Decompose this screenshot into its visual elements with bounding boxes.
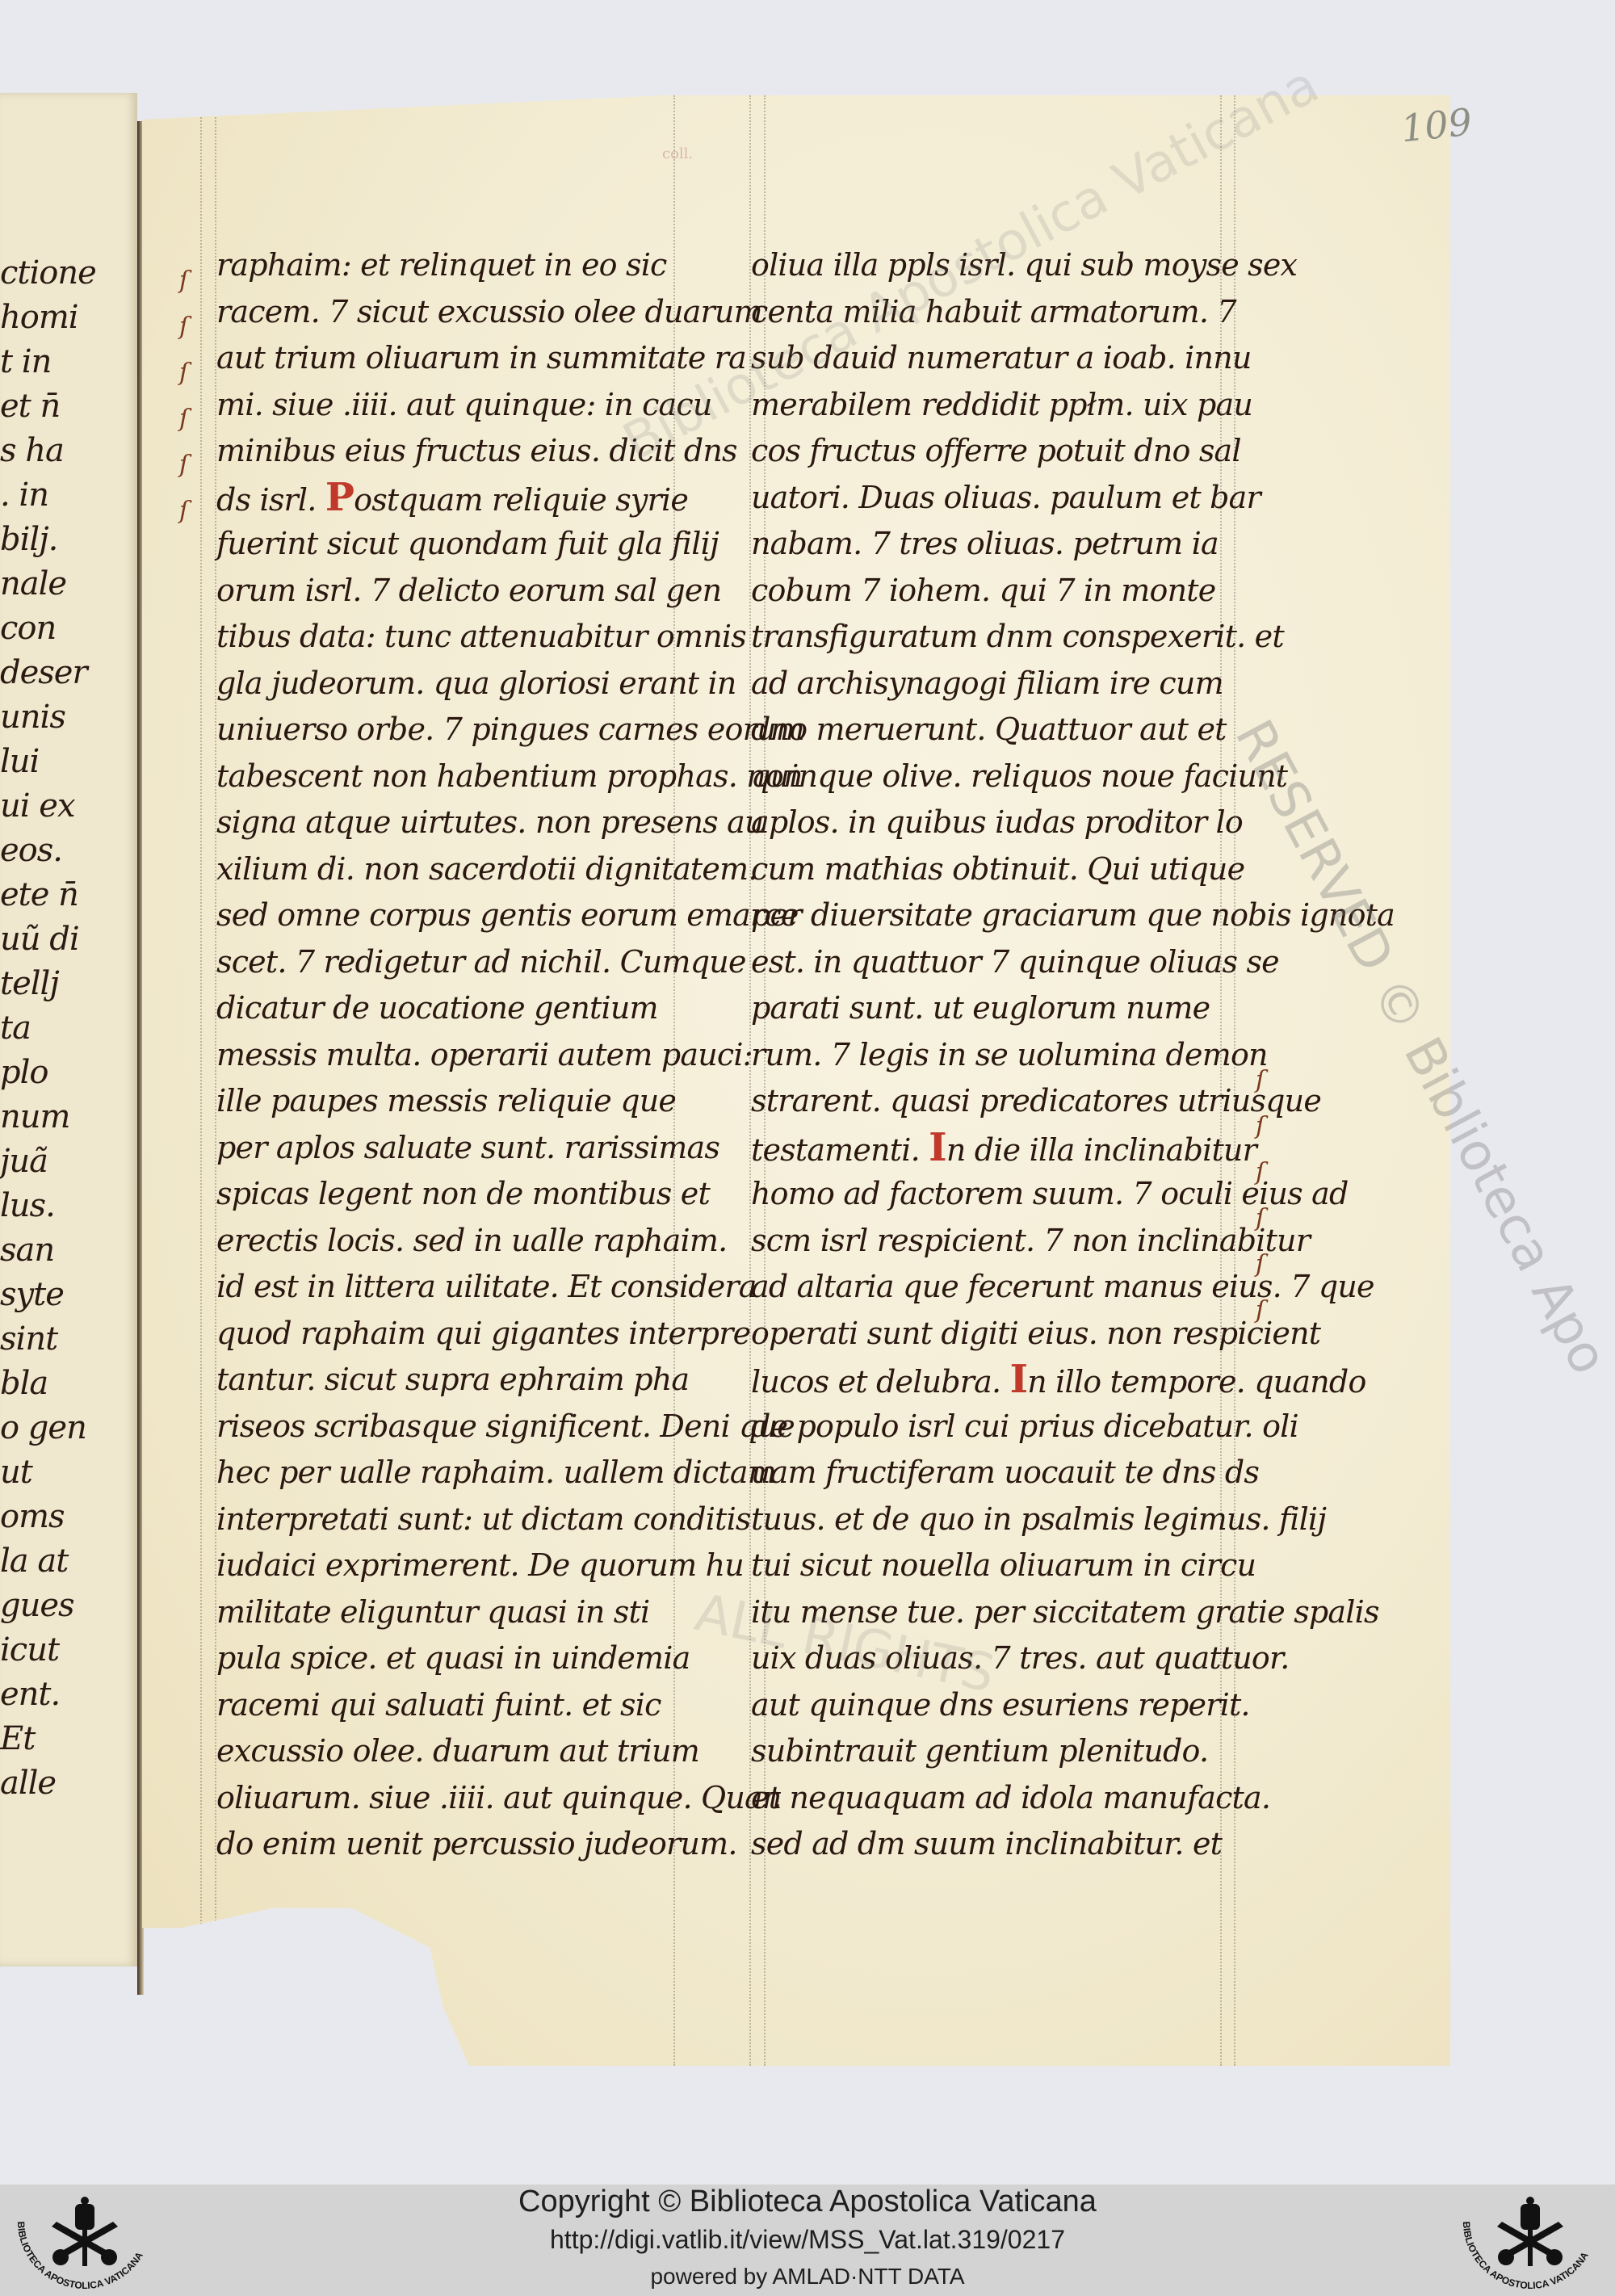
- ruling-line: [200, 95, 202, 2066]
- manuscript-text-line: gla judeorum. qua gloriosi erant in: [216, 661, 685, 707]
- verso-text-fragment: eos.: [0, 832, 129, 869]
- manuscript-text-line: ad archisynagogi filiam ire cum: [751, 661, 1252, 707]
- verso-text-fragment: ta: [0, 1009, 129, 1047]
- verso-text-fragment: san: [0, 1232, 129, 1269]
- manuscript-text-line: quod raphaim qui gigantes interpre: [216, 1311, 685, 1358]
- folio-number: 109: [1399, 100, 1474, 151]
- verso-text-fragment: bilj.: [0, 521, 129, 558]
- manuscript-text-line: operati sunt digiti eius. non respicient: [751, 1311, 1252, 1358]
- svg-text:BIBLIOTECA APOSTOLICA VATICANA: BIBLIOTECA APOSTOLICA VATICANA: [1461, 2221, 1591, 2291]
- manuscript-text-line: riseos scribasque significent. Deni que: [216, 1404, 685, 1450]
- verso-text-fragment: homi: [0, 299, 129, 336]
- verso-text-fragment: icut: [0, 1631, 129, 1668]
- verso-text-fragment: unis: [0, 699, 129, 736]
- vatican-library-logo-icon: BIBLIOTECA APOSTOLICA VATICANA: [1445, 2189, 1615, 2291]
- verso-text-fragment: alle: [0, 1765, 129, 1802]
- manuscript-text-line: messis multa. operarii autem pauci:: [216, 1032, 685, 1079]
- manuscript-text-line: iudaici exprimerent. De quorum hu: [216, 1543, 685, 1589]
- manuscript-text-line: tantur. sicut supra ephraim pha: [216, 1357, 685, 1404]
- manuscript-text-line: racemi qui saluati fuint. et sic: [216, 1682, 685, 1729]
- text-column-left: raphaim: et relinquet in eo sicracem. 7 …: [216, 242, 685, 1868]
- manuscript-text-line: nabam. 7 tres oliuas. petrum ia: [751, 521, 1252, 568]
- verso-text-fragment: la at: [0, 1543, 129, 1580]
- verso-text-fragment: gues: [0, 1587, 129, 1624]
- margin-mark-icon: ſ: [1256, 1112, 1265, 1140]
- verso-text-fragment: ete n̄: [0, 876, 129, 913]
- manuscript-text-line: racem. 7 sicut excussio olee duarum: [216, 289, 685, 336]
- rubricated-initial: I: [929, 1125, 946, 1170]
- copyright-text: Copyright © Biblioteca Apostolica Vatica…: [0, 2185, 1615, 2219]
- manuscript-text-line: scet. 7 redigetur ad nichil. Cumque: [216, 939, 685, 986]
- margin-mark-icon: ſ: [1256, 1250, 1265, 1278]
- manuscript-text-line: xilium di. non sacerdotii dignitatem.: [216, 846, 685, 893]
- verso-text-fragment: lui: [0, 743, 129, 780]
- manuscript-text-line: id est in littera uilitate. Et considera: [216, 1264, 685, 1311]
- rubricated-initial: I: [1010, 1357, 1028, 1402]
- verso-text-fragment: ut: [0, 1454, 129, 1491]
- margin-mark-icon: ſ: [179, 405, 188, 433]
- manuscript-text-line: aut quinque dns esuriens reperit.: [751, 1682, 1252, 1729]
- manuscript-text-line: de populo isrl cui prius dicebatur. oli: [751, 1404, 1252, 1450]
- pencil-annotation: coll.: [662, 145, 693, 162]
- verso-text-fragment: deser: [0, 654, 129, 691]
- manuscript-text-line: per diuersitate graciarum que nobis igno…: [751, 892, 1252, 939]
- verso-text-fragment: oms: [0, 1498, 129, 1535]
- manuscript-text-line: dicatur de uocatione gentium: [216, 985, 685, 1032]
- margin-mark-icon: ſ: [1256, 1066, 1265, 1094]
- verso-text-fragment: s ha: [0, 432, 129, 469]
- verso-text-fragment: con: [0, 610, 129, 647]
- manuscript-text-line: uatori. Duas oliuas. paulum et bar: [751, 475, 1252, 522]
- verso-text-fragment: sint: [0, 1320, 129, 1358]
- verso-text-fragment: tellj: [0, 965, 129, 1002]
- manuscript-text-line: scm isrl respicient. 7 non inclinabitur: [751, 1218, 1252, 1265]
- verso-text-fragment: et n̄: [0, 388, 129, 425]
- manuscript-text-line: uam fructiferam uocauit te dns ds: [751, 1450, 1252, 1496]
- manuscript-text-line: dno meruerunt. Quattuor aut et: [751, 707, 1252, 753]
- manuscript-text-line: militate eliguntur quasi in sti: [216, 1589, 685, 1636]
- manuscript-text-line: strarent. quasi predicatores utriusque: [751, 1078, 1252, 1125]
- manuscript-text-line: per aplos saluate sunt. rarissimas: [216, 1125, 685, 1172]
- manuscript-text-line: signa atque uirtutes. non presens au: [216, 800, 685, 846]
- manuscript-text-line: cobum 7 iohem. qui 7 in monte: [751, 568, 1252, 615]
- verso-text-fragment: Et: [0, 1720, 129, 1757]
- manuscript-text-line: rum. 7 legis in se uolumina demon: [751, 1032, 1252, 1079]
- manuscript-viewer[interactable]: ctionehomit inet n̄s ha. inbilj.nalecond…: [0, 0, 1615, 2185]
- manuscript-text-line: aplos. in quibus iudas proditor lo: [751, 800, 1252, 846]
- manuscript-text-line: tuus. et de quo in psalmis legimus. fili…: [751, 1496, 1252, 1543]
- verso-text-fragment: syte: [0, 1276, 129, 1313]
- manuscript-text-line: excussio olee. duarum aut trium: [216, 1728, 685, 1775]
- rubricated-initial: P: [325, 475, 354, 520]
- verso-text-fragment: num: [0, 1098, 129, 1135]
- manuscript-text-line: spicas legent non de montibus et: [216, 1171, 685, 1218]
- manuscript-text-line: tui sicut nouella oliuarum in circu: [751, 1543, 1252, 1589]
- margin-mark-icon: ſ: [179, 359, 188, 387]
- manuscript-text-line: sed ad dm suum inclinabitur. et: [751, 1821, 1252, 1868]
- manuscript-text-line: minibus eius fructus eius. dicit dns: [216, 428, 685, 475]
- verso-text-fragment: ent.: [0, 1676, 129, 1713]
- footer: BIBLIOTECA APOSTOLICA VATICANA Copyright…: [0, 2185, 1615, 2296]
- manuscript-text-line: hec per ualle raphaim. uallem dictam: [216, 1450, 685, 1496]
- manuscript-text-line: est. in quattuor 7 quinque oliuas se: [751, 939, 1252, 986]
- manuscript-text-line: lucos et delubra. In illo tempore. quand…: [751, 1357, 1252, 1404]
- margin-mark-icon: ſ: [179, 267, 188, 295]
- verso-text-fragment: juã: [0, 1143, 129, 1180]
- manuscript-text-line: parati sunt. ut euglorum nume: [751, 985, 1252, 1032]
- manuscript-text-line: tabescent non habentium prophas. non: [216, 753, 685, 800]
- margin-mark-icon: ſ: [179, 451, 188, 479]
- margin-mark-icon: ſ: [1256, 1158, 1265, 1186]
- manuscript-text-line: erectis locis. sed in ualle raphaim.: [216, 1218, 685, 1265]
- manuscript-text-line: pula spice. et quasi in uindemia: [216, 1635, 685, 1682]
- verso-text-fragment: nale: [0, 565, 129, 602]
- verso-text-fragment: uũ di: [0, 921, 129, 958]
- verso-text-fragment: ctione: [0, 254, 129, 292]
- manuscript-text-line: interpretati sunt: ut dictam conditis: [216, 1496, 685, 1543]
- manuscript-text-line: quinque olive. reliquos noue faciunt: [751, 753, 1252, 800]
- verso-text-fragment: t in: [0, 343, 129, 380]
- manuscript-text-line: tibus data: tunc attenuabitur omnis: [216, 614, 685, 661]
- manuscript-text-line: testamenti. In die illa inclinabitur: [751, 1125, 1252, 1172]
- manuscript-text-line: do enim uenit percussio judeorum.: [216, 1821, 685, 1868]
- manuscript-text-line: oliuarum. siue .iiii. aut quinque. Quan: [216, 1775, 685, 1822]
- manuscript-text-line: merabilem reddidit ppłm. uix pau: [751, 382, 1252, 429]
- manuscript-text-line: transfiguratum dnm conspexerit. et: [751, 614, 1252, 661]
- manuscript-url-link[interactable]: http://digi.vatlib.it/view/MSS_Vat.lat.3…: [0, 2225, 1615, 2255]
- manuscript-text-line: ds isrl. Postquam reliquie syrie: [216, 475, 685, 522]
- manuscript-text-line: et nequaquam ad idola manufacta.: [751, 1775, 1252, 1822]
- margin-mark-icon: ſ: [179, 313, 188, 341]
- manuscript-text-line: cos fructus offerre potuit dno sal: [751, 428, 1252, 475]
- verso-text-fragment: ui ex: [0, 787, 129, 825]
- margin-mark-icon: ſ: [1256, 1296, 1265, 1324]
- manuscript-text-line: cum mathias obtinuit. Qui utique: [751, 846, 1252, 893]
- manuscript-text-line: uniuerso orbe. 7 pingues carnes eorum: [216, 707, 685, 753]
- verso-page-edge: ctionehomit inet n̄s ha. inbilj.nalecond…: [0, 93, 137, 1967]
- verso-text-fragment: . in: [0, 476, 129, 514]
- manuscript-text-line: ille paupes messis reliquie que: [216, 1078, 685, 1125]
- margin-mark-icon: ſ: [1256, 1204, 1265, 1232]
- powered-by-text: powered by AMLAD·NTT DATA: [0, 2264, 1615, 2290]
- manuscript-text-line: fuerint sicut quondam fuit gla filij: [216, 521, 685, 568]
- verso-text-fragment: lus.: [0, 1187, 129, 1224]
- manuscript-text-line: aut trium oliuarum in summitate ra: [216, 335, 685, 382]
- verso-text-fragment: o gen: [0, 1409, 129, 1446]
- manuscript-text-line: ad altaria que fecerunt manus eius. 7 qu…: [751, 1264, 1252, 1311]
- verso-text-fragment: plo: [0, 1054, 129, 1091]
- verso-text-fragment: bla: [0, 1365, 129, 1402]
- manuscript-text-line: sed omne corpus gentis eorum emarce: [216, 892, 685, 939]
- manuscript-text-line: orum isrl. 7 delicto eorum sal gen: [216, 568, 685, 615]
- margin-mark-icon: ſ: [179, 497, 188, 525]
- manuscript-text-line: homo ad factorem suum. 7 oculi eius ad: [751, 1171, 1252, 1218]
- manuscript-text-line: subintrauit gentium plenitudo.: [751, 1728, 1252, 1775]
- manuscript-text-line: raphaim: et relinquet in eo sic: [216, 242, 685, 289]
